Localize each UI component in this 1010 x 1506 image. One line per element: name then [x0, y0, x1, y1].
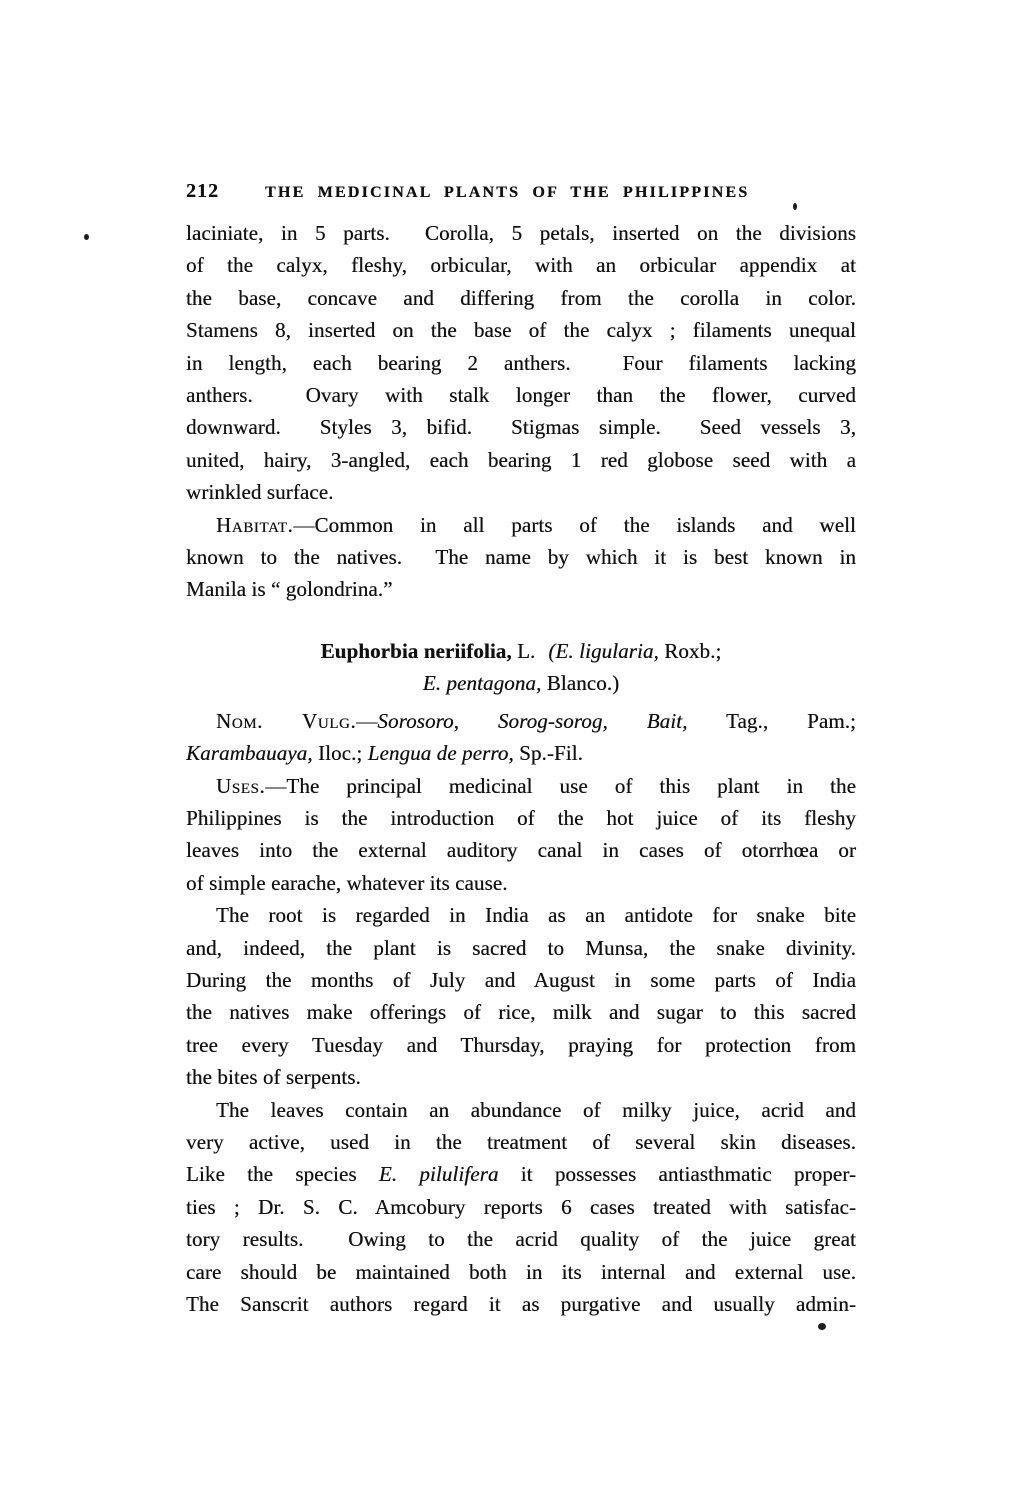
- text-line: the bites of serpents.: [186, 1061, 856, 1093]
- synonym-author: Roxb.;: [664, 639, 721, 663]
- synonym2-name: E. pentagona,: [423, 671, 542, 695]
- text-line: downward. Styles 3, bifid. Stigmas simpl…: [186, 411, 856, 443]
- vernacular-name: Lengua de perro,: [368, 741, 514, 765]
- habitat-first-line: Habitat.—Common in all parts of the isla…: [186, 509, 856, 541]
- pilulifera-line: Like the species E. pilulifera it posses…: [186, 1158, 856, 1190]
- uses-first-line: Uses.—The principal medicinal use of thi…: [186, 770, 856, 802]
- text-line: The root is regarded in India as an anti…: [186, 899, 856, 931]
- em-dash: —: [356, 709, 377, 733]
- text-line: Stamens 8, inserted on the base of the c…: [186, 314, 856, 346]
- habitat-label: Habitat.: [216, 513, 293, 537]
- line-text: Like the species: [186, 1162, 357, 1186]
- nom-vulg-second-line: Karambauaya, Iloc.; Lengua de perro, Sp.…: [186, 737, 856, 769]
- ink-speck: [818, 1323, 826, 1330]
- text-line: the natives make offerings of rice, milk…: [186, 996, 856, 1028]
- em-dash: —: [265, 774, 286, 798]
- text-line: The leaves contain an abundance of milky…: [186, 1094, 856, 1126]
- text-line: united, hairy, 3-angled, each bearing 1 …: [186, 444, 856, 476]
- species-author: L.: [517, 639, 535, 663]
- text-line: laciniate, in 5 parts. Corolla, 5 petals…: [186, 217, 856, 249]
- running-title: THE MEDICINAL PLANTS OF THE PHILIPPINES: [265, 184, 749, 202]
- text-line: leaves into the external auditory canal …: [186, 834, 856, 866]
- text-line: of the calyx, fleshy, orbicular, with an…: [186, 249, 856, 281]
- text-line: of simple earache, whatever its cause.: [186, 867, 856, 899]
- text-line: During the months of July and August in …: [186, 964, 856, 996]
- text-line: anthers. Ovary with stalk longer than th…: [186, 379, 856, 411]
- text-line: Philippines is the introduction of the h…: [186, 802, 856, 834]
- em-dash: —: [293, 513, 314, 537]
- language-tag: Sp.-Fil.: [519, 741, 583, 765]
- line-text: it possesses antiasthmatic proper-: [521, 1162, 856, 1186]
- text-line: the base, concave and differing from the…: [186, 282, 856, 314]
- ink-speck: [793, 203, 797, 210]
- text-line: care should be maintained both in its in…: [186, 1256, 856, 1288]
- habitat-text: Common in all parts of the islands and w…: [314, 513, 856, 537]
- page-number: 212: [186, 180, 219, 203]
- text-line: and, indeed, the plant is sacred to Muns…: [186, 932, 856, 964]
- text-line: wrinkled surface.: [186, 476, 856, 508]
- language-tags: Tag., Pam.;: [726, 709, 856, 733]
- species-name: Euphorbia neriifolia,: [321, 639, 512, 663]
- species-heading: Euphorbia neriifolia, L.(E. ligularia, R…: [186, 635, 856, 700]
- nom-vulg-label: Nom. Vulg.: [216, 709, 356, 733]
- text-line: ties ; Dr. S. C. Amcobury reports 6 case…: [186, 1191, 856, 1223]
- uses-text: The principal medicinal use of this plan…: [286, 774, 856, 798]
- running-header: 212 THE MEDICINAL PLANTS OF THE PHILIPPI…: [186, 180, 858, 203]
- synonym-name: (E. ligularia,: [548, 639, 658, 663]
- species-italic: E. pilulifera: [379, 1162, 499, 1186]
- ink-speck: [84, 234, 89, 240]
- text-line: very active, used in the treatment of se…: [186, 1126, 856, 1158]
- text-line: tory results. Owing to the acrid quality…: [186, 1223, 856, 1255]
- language-tag: Iloc.;: [318, 741, 362, 765]
- scanned-book-page: 212 THE MEDICINAL PLANTS OF THE PHILIPPI…: [0, 0, 1010, 1506]
- uses-label: Uses.: [216, 774, 265, 798]
- text-line: in length, each bearing 2 anthers. Four …: [186, 347, 856, 379]
- heading-line-2: E. pentagona, Blanco.): [186, 667, 856, 699]
- text-line: The Sanscrit authors regard it as purgat…: [186, 1288, 856, 1320]
- heading-line-1: Euphorbia neriifolia, L.(E. ligularia, R…: [186, 635, 856, 667]
- text-line: Manila is “ golondrina.”: [186, 573, 856, 605]
- synonym2-author: Blanco.): [547, 671, 620, 695]
- text-line: tree every Tuesday and Thursday, praying…: [186, 1029, 856, 1061]
- text-line: known to the natives. The name by which …: [186, 541, 856, 573]
- page-text: laciniate, in 5 parts. Corolla, 5 petals…: [186, 217, 856, 1320]
- vernacular-names: Sorosoro, Sorog-sorog, Bait,: [377, 709, 687, 733]
- nom-vulg-first-line: Nom. Vulg.—Sorosoro, Sorog-sorog, Bait, …: [186, 705, 856, 737]
- vernacular-name: Karambauaya,: [186, 741, 313, 765]
